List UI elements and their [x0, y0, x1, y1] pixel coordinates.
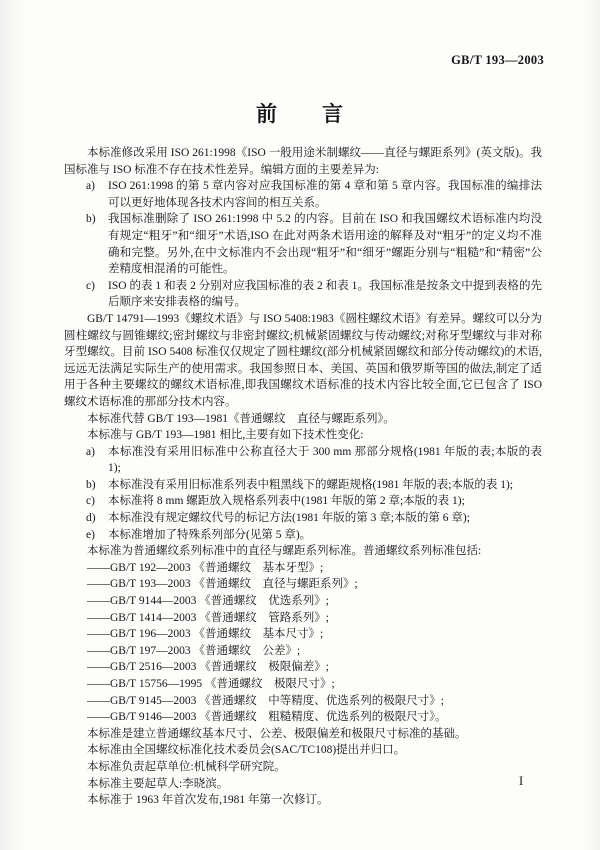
dash-list-item: ——GB/T 192—2003 《普通螺纹 基本牙型》;	[64, 560, 542, 577]
ordered-list-item: b) 本标准没有采用旧标准系列表中粗黑线下的螺距规格(1981 年版的表;本版的…	[64, 477, 542, 494]
list-item-text: 本标准没有采用旧标准系列表中粗黑线下的螺距规格(1981 年版的表;本版的表 1…	[108, 479, 513, 491]
list-item-label: e)	[86, 527, 95, 544]
ordered-list-item: a) 本标准没有采用旧标准中公称直径大于 300 mm 那部分规格(1981 年…	[64, 444, 542, 477]
paragraph-history: 本标准于 1963 年首次发布,1981 年第一次修订。	[64, 792, 542, 809]
list-item-label: d)	[86, 510, 96, 527]
dash-list-item: ——GB/T 193—2003 《普通螺纹 直径与螺距系列》;	[64, 576, 542, 593]
list-item-text: 本标准增加了特殊系列部分(见第 5 章)。	[108, 529, 311, 541]
dash-list-item: ——GB/T 196—2003 《普通螺纹 基本尺寸》;	[64, 626, 542, 643]
document-page: GB/T 193—2003 前 言 本标准修改采用 ISO 261:1998《I…	[0, 0, 600, 850]
list-item-text: 本标准将 8 mm 螺距放入规格系列表中(1981 年版的第 2 章;本版的表 …	[108, 495, 465, 507]
paragraph-replace: 本标准代替 GB/T 193—1981《普通螺纹 直径与螺距系列》。	[64, 411, 542, 428]
ordered-list-item: c) ISO 的表 1 和表 2 分别对应我国标准的表 2 和表 1。我国标准是…	[64, 278, 542, 311]
list-item-text: ISO 261:1998 的第 5 章内容对应我国标准的第 4 章和第 5 章内…	[108, 180, 542, 209]
paragraph-draft-org: 本标准负责起草单位:机械科学研究院。	[64, 759, 542, 776]
dash-list-item: ——GB/T 9145—2003 《普通螺纹 中等精度、优选系列的极限尺寸》;	[64, 693, 542, 710]
dash-list-item: ——GB/T 2516—2003 《普通螺纹 极限偏差》;	[64, 659, 542, 676]
paragraph-intro: 本标准修改采用 ISO 261:1998《ISO 一般用途米制螺纹——直径与螺距…	[64, 145, 542, 178]
page-number: I	[519, 774, 523, 789]
list-item-label: c)	[86, 493, 95, 510]
paragraph-series-intro: 本标准为普通螺纹系列标准中的直径与螺距系列标准。普通螺纹系列标准包括:	[64, 543, 542, 560]
ordered-list-item: a) ISO 261:1998 的第 5 章内容对应我国标准的第 4 章和第 5…	[64, 178, 542, 211]
ordered-list-item: b) 我国标准删除了 ISO 261:1998 中 5.2 的内容。目前在 IS…	[64, 211, 542, 277]
paragraph-committee: 本标准由全国螺纹标准化技术委员会(SAC/TC108)提出并归口。	[64, 742, 542, 759]
ordered-list-item: c) 本标准将 8 mm 螺距放入规格系列表中(1981 年版的第 2 章;本版…	[64, 493, 542, 510]
list-item-text: 本标准没有规定螺纹代号的标记方法(1981 年版的第 3 章;本版的第 6 章)…	[108, 512, 470, 524]
dash-list-item: ——GB/T 15756—1995 《普通螺纹 极限尺寸》;	[64, 676, 542, 693]
list-item-label: c)	[86, 278, 95, 295]
page-title: 前 言	[0, 98, 600, 128]
list-item-label: b)	[86, 211, 96, 228]
doc-code: GB/T 193—2003	[451, 53, 544, 68]
list-item-text: ISO 的表 1 和表 2 分别对应我国标准的表 2 和表 1。我国标准是按条文…	[108, 280, 542, 309]
dash-list-item: ——GB/T 197—2003 《普通螺纹 公差》;	[64, 643, 542, 660]
list-item-label: a)	[86, 444, 95, 461]
paragraph-drafter: 本标准主要起草人:李晓滨。	[64, 776, 542, 793]
dash-list-item: ——GB/T 1414—2003 《普通螺纹 管路系列》;	[64, 610, 542, 627]
paragraph-changes-intro: 本标准与 GB/T 193—1981 相比,主要有如下技术性变化:	[64, 427, 542, 444]
paragraph-basis: 本标准是建立普通螺纹基本尺寸、公差、极限偏差和极限尺寸标准的基础。	[64, 726, 542, 743]
document-body: 本标准修改采用 ISO 261:1998《ISO 一般用途米制螺纹——直径与螺距…	[64, 145, 542, 809]
ordered-list-item: e) 本标准增加了特殊系列部分(见第 5 章)。	[64, 527, 542, 544]
list-item-label: a)	[86, 178, 95, 195]
ordered-list-item: d) 本标准没有规定螺纹代号的标记方法(1981 年版的第 3 章;本版的第 6…	[64, 510, 542, 527]
dash-list-item: ——GB/T 9146—2003 《普通螺纹 粗糙精度、优选系列的极限尺寸》。	[64, 709, 542, 726]
list-item-label: b)	[86, 477, 96, 494]
list-item-text: 本标准没有采用旧标准中公称直径大于 300 mm 那部分规格(1981 年版的表…	[108, 446, 542, 475]
list-item-text: 我国标准删除了 ISO 261:1998 中 5.2 的内容。目前在 ISO 和…	[108, 213, 542, 275]
paragraph-terms: GB/T 14791—1993《螺纹术语》与 ISO 5408:1983《圆柱螺…	[64, 311, 542, 411]
dash-list-item: ——GB/T 9144—2003 《普通螺纹 优选系列》;	[64, 593, 542, 610]
